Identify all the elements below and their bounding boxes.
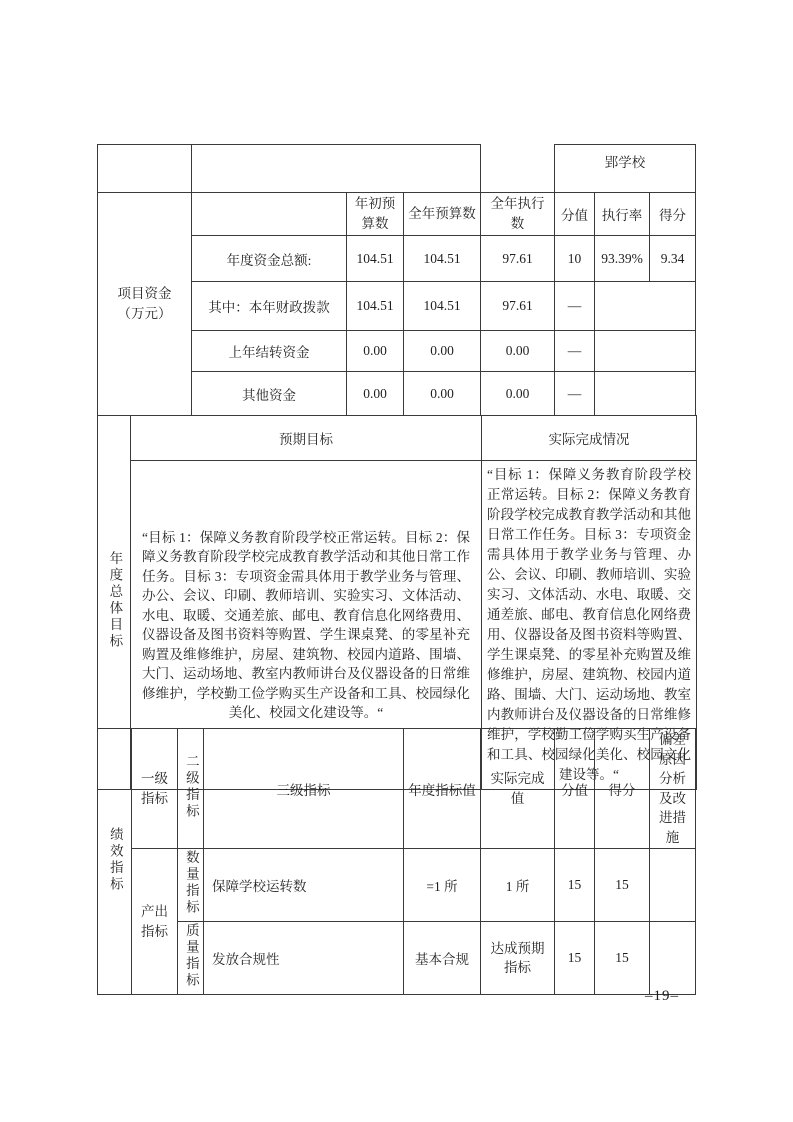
compliance-actual-label: 达成预期指标 <box>488 939 546 978</box>
funding-label-line2: （万元） <box>100 304 189 324</box>
carryover-exec: 0.00 <box>481 331 555 372</box>
top-corner-cell <box>98 145 192 193</box>
sheet: 郢学校 项目资金 （万元） 年初预算数 全年预算数 全年执行数 分值 执行率 得… <box>0 0 793 1122</box>
other-budget: 0.00 <box>404 372 481 416</box>
performance-table: 绩效指标 一级指标 二级指标 三级指标 年度指标值 实际完成值 分值 得分 偏差… <box>97 728 696 995</box>
total-weight: 10 <box>555 236 595 282</box>
header-level1: 一级指标 <box>132 729 178 849</box>
header-year-budget: 全年预算数 <box>404 193 481 236</box>
performance-section-label: 绩效指标 <box>98 729 132 995</box>
level2-quality-cell: 质量指标 <box>178 922 204 995</box>
header-score: 得分 <box>650 193 696 236</box>
total-budget: 104.51 <box>404 236 481 282</box>
header-weight: 分值 <box>555 193 595 236</box>
row-label-fiscal: 其中：本年财政拨款 <box>192 282 347 331</box>
header-level3: 三级指标 <box>204 729 404 849</box>
table-row: 年度总体目标 预期目标 实际完成情况 <box>98 416 697 461</box>
operation-score: 15 <box>595 849 650 922</box>
header-level2: 二级指标 <box>178 729 204 849</box>
other-begin: 0.00 <box>347 372 404 416</box>
compliance-weight: 15 <box>555 922 595 995</box>
header-year-budget-label: 全年预算数 <box>408 204 476 224</box>
fiscal-budget: 104.51 <box>404 282 481 331</box>
row-label-other: 其他资金 <box>192 372 347 416</box>
carryover-weight: — <box>555 331 595 372</box>
page-number: –19– <box>645 988 679 1005</box>
compliance-deviation <box>650 922 696 995</box>
header-deviation-label: 偏差原因分析及改进措施 <box>658 730 688 847</box>
header-actual-value-label: 实际完成值 <box>488 769 546 808</box>
fiscal-exec: 97.61 <box>481 282 555 331</box>
operation-deviation <box>650 849 696 922</box>
performance-vertical-label: 绩效指标 <box>107 827 122 893</box>
row-label-total: 年度资金总额: <box>192 236 347 282</box>
header-year-exec-label: 全年执行数 <box>489 194 547 233</box>
indicator-compliance: 发放合规性 <box>204 922 404 995</box>
funding-section-label: 项目资金 （万元） <box>98 193 192 416</box>
table-row: 质量指标 发放合规性 基本合规 达成预期指标 15 15 <box>98 922 696 995</box>
row-label-carryover: 上年结转资金 <box>192 331 347 372</box>
total-exec: 97.61 <box>481 236 555 282</box>
carryover-budget: 0.00 <box>404 331 481 372</box>
header-deviation: 偏差原因分析及改进措施 <box>650 729 696 849</box>
table-row: 绩效指标 一级指标 二级指标 三级指标 年度指标值 实际完成值 分值 得分 偏差… <box>98 729 696 849</box>
top-empty-cell <box>192 145 481 193</box>
header-year-exec: 全年执行数 <box>481 193 555 236</box>
level1-output-label: 产出指标 <box>140 902 170 941</box>
level2-quantity-label: 数量指标 <box>183 850 198 916</box>
other-exec: 0.00 <box>481 372 555 416</box>
other-empty-cell <box>595 372 696 416</box>
compliance-score: 15 <box>595 922 650 995</box>
header-level2-label: 二级指标 <box>183 754 198 820</box>
header-begin-budget-label: 年初预算数 <box>353 194 398 233</box>
project-funding-table: 郢学校 项目资金 （万元） 年初预算数 全年预算数 全年执行数 分值 执行率 得… <box>97 144 696 416</box>
header-level1-label: 一级指标 <box>140 769 170 808</box>
total-score: 9.34 <box>650 236 696 282</box>
table-row: 项目资金 （万元） 年初预算数 全年预算数 全年执行数 分值 执行率 得分 <box>98 193 696 236</box>
header-begin-budget: 年初预算数 <box>347 193 404 236</box>
fiscal-weight: — <box>555 282 595 331</box>
funding-label-line1: 项目资金 <box>100 284 189 304</box>
operation-target: =1 所 <box>404 849 481 922</box>
level1-output-cell: 产出指标 <box>132 849 178 995</box>
header-empty-cell <box>192 193 347 236</box>
header-target-value: 年度指标值 <box>404 729 481 849</box>
level2-quality-label: 质量指标 <box>183 923 198 989</box>
document-page: { "page": { "number_label": "–19–" }, "s… <box>0 0 793 1122</box>
fiscal-begin: 104.51 <box>347 282 404 331</box>
fiscal-empty-cell <box>595 282 696 331</box>
actual-result-header: 实际完成情况 <box>482 416 697 461</box>
carryover-begin: 0.00 <box>347 331 404 372</box>
header-perf-score: 得分 <box>595 729 650 849</box>
operation-weight: 15 <box>555 849 595 922</box>
table-row: 产出指标 数量指标 保障学校运转数 =1 所 1 所 15 15 <box>98 849 696 922</box>
carryover-empty-cell <box>595 331 696 372</box>
indicator-operation: 保障学校运转数 <box>204 849 404 922</box>
total-begin: 104.51 <box>347 236 404 282</box>
table-row: 郢学校 <box>98 145 696 193</box>
annual-goal-vertical-label: 年度总体目标 <box>107 551 122 650</box>
compliance-actual: 达成预期指标 <box>481 922 555 995</box>
compliance-target: 基本合规 <box>404 922 481 995</box>
operation-actual: 1 所 <box>481 849 555 922</box>
top-gap-cell <box>481 145 555 193</box>
header-actual-value: 实际完成值 <box>481 729 555 849</box>
level2-quantity-cell: 数量指标 <box>178 849 204 922</box>
expected-goal-header: 预期目标 <box>131 416 482 461</box>
header-perf-weight: 分值 <box>555 729 595 849</box>
total-rate: 93.39% <box>595 236 650 282</box>
school-name-cell: 郢学校 <box>555 145 696 193</box>
other-weight: — <box>555 372 595 416</box>
header-exec-rate: 执行率 <box>595 193 650 236</box>
